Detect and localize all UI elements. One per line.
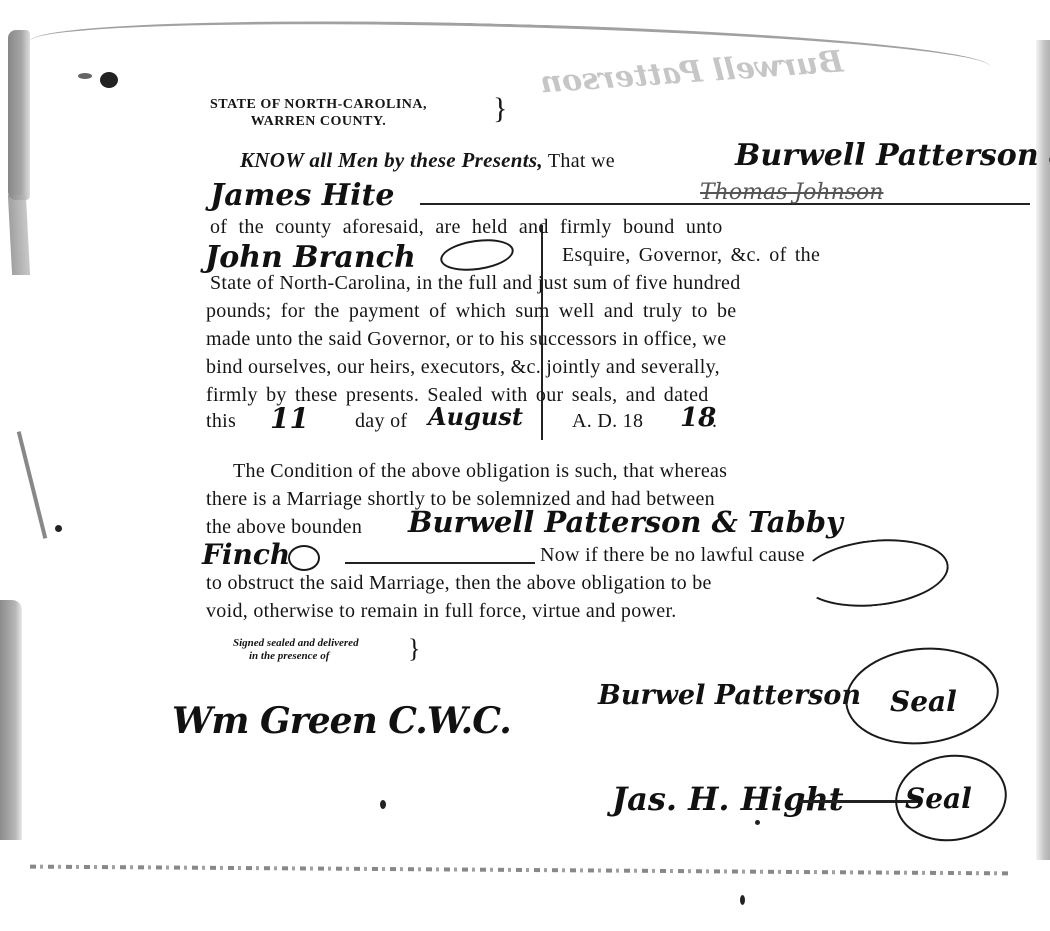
condition-line: The Condition of the above obligation is… <box>233 460 727 483</box>
signature-1: Burwel Patterson <box>598 680 861 711</box>
that-we: That we <box>548 150 615 172</box>
paper-top-edge <box>30 11 991 79</box>
fill-line <box>345 562 535 564</box>
ink-spot <box>740 895 745 905</box>
flourish-loop <box>797 532 952 613</box>
governor-name-handwritten: John Branch <box>205 240 416 275</box>
ink-blot <box>100 72 118 88</box>
groom-bride-handwritten: Burwell Patterson & Tabby <box>408 505 843 539</box>
ink-spot <box>755 820 760 825</box>
witness-signature: Wm Green C.W.C. <box>172 700 511 742</box>
state-county-header: STATE OF NORTH-CAROLINA, WARREN COUNTY. <box>210 96 427 130</box>
state-line: STATE OF NORTH-CAROLINA, <box>210 96 427 113</box>
condition-line: to obstruct the said Marriage, then the … <box>206 572 712 595</box>
text-line: bind ourselves, our heirs, executors, &c… <box>206 356 720 379</box>
bondsman-1-handwritten: Burwell Patterson & <box>735 138 1050 173</box>
signature-2: Jas. H. Hight <box>612 780 844 818</box>
intro-line: KNOW all Men by these Presents, That we <box>240 148 615 173</box>
text-line: pounds; for the payment of which sum wel… <box>206 300 736 323</box>
know-all-phrase: KNOW all Men by these Presents, <box>240 148 543 172</box>
witness-label-line-2: in the presence of <box>233 650 359 663</box>
condition-line: void, otherwise to remain in full force,… <box>206 600 677 623</box>
date-period: . <box>712 410 717 433</box>
crossed-out-name: Thomas Johnson <box>700 180 883 205</box>
text-line: of the county aforesaid, are held and fi… <box>210 216 723 239</box>
text-line: State of North-Carolina, in the full and… <box>210 272 741 295</box>
witness-label: Signed sealed and delivered in the prese… <box>233 637 359 663</box>
year-suffix-handwritten: 18 <box>680 403 716 433</box>
ink-spot <box>55 525 62 532</box>
seal-label-1: Seal <box>890 685 957 718</box>
date-this: this <box>206 410 236 433</box>
paper-left-edge <box>8 30 30 200</box>
paper-left-edge-lower <box>0 600 22 840</box>
date-ad: A. D. 18 <box>572 410 643 433</box>
paper-bottom-edge <box>30 865 1010 876</box>
witness-label-line-1: Signed sealed and delivered <box>233 637 359 650</box>
month-value-handwritten: August <box>428 402 523 431</box>
date-day-of: day of <box>355 410 407 433</box>
scanned-document: Burwell Patterson STATE OF NORTH-CAROLIN… <box>0 0 1050 931</box>
paper-left-edge <box>8 195 30 275</box>
seal-label-2: Seal <box>905 782 972 815</box>
ink-blot <box>78 73 92 79</box>
witness-brace: } <box>408 634 420 664</box>
paper-streak <box>17 431 47 539</box>
bride-surname-handwritten: Finch <box>202 538 290 571</box>
text-line: Esquire, Governor, &c. of the <box>562 244 820 267</box>
text-line: made unto the said Governor, or to his s… <box>206 328 726 351</box>
header-brace: } <box>493 92 507 126</box>
bondsman-2-handwritten: James Hite <box>210 178 394 213</box>
day-value-handwritten: 11 <box>270 402 309 435</box>
flourish-loop <box>288 545 320 571</box>
county-line: WARREN COUNTY. <box>210 113 427 130</box>
condition-line: Now if there be no lawful cause <box>540 544 805 567</box>
condition-line-prefix: the above bounden <box>206 516 362 539</box>
ink-spot <box>380 800 386 809</box>
flourish-loop <box>438 235 515 275</box>
